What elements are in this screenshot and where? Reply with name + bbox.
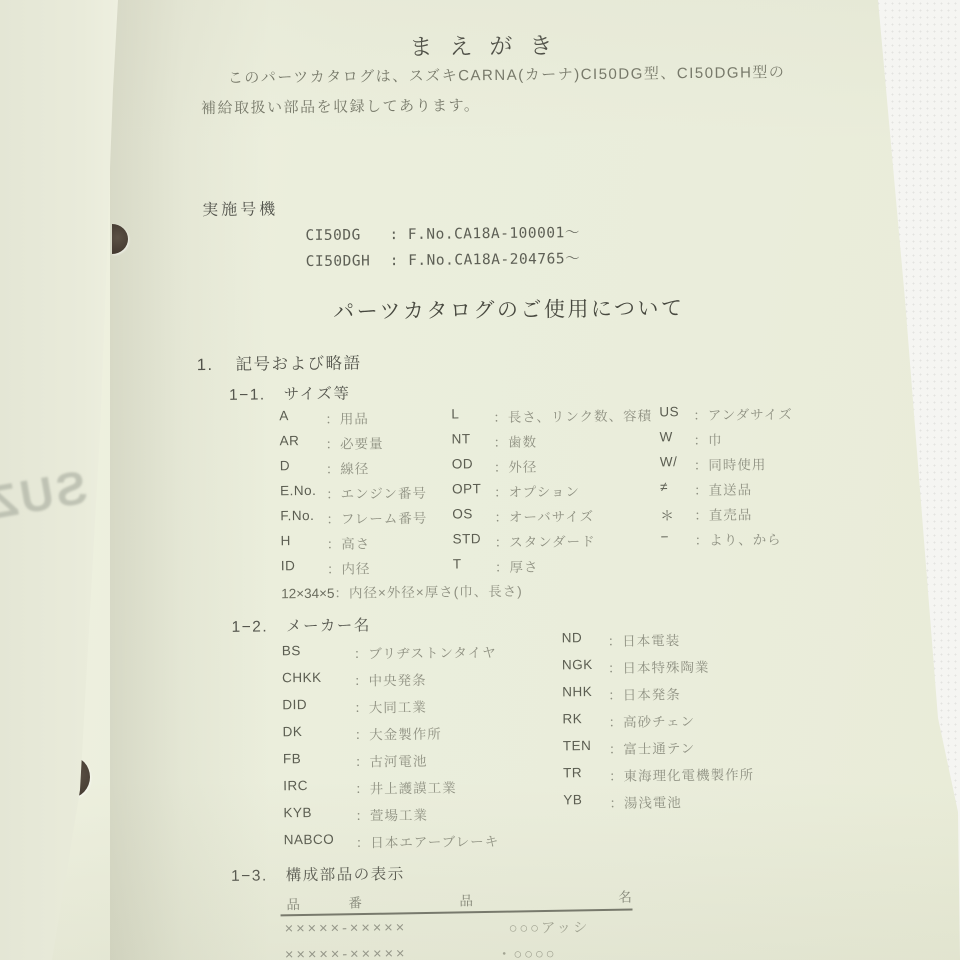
page-content: まえがき このパーツカタログは、スズキCARNA(カーナ)CI50DG型、CI5… <box>0 0 960 960</box>
section-1-label: 1. <box>197 356 214 374</box>
section-1-1-heading: 1−1.サイズ等 <box>229 382 351 405</box>
abbr-def: ：用品 <box>325 407 369 427</box>
abbr-row: ＊：直売品 <box>660 503 794 529</box>
suzuki-ghost-logo: SUZ <box>0 460 91 531</box>
abbr-row: W：巾 <box>659 428 793 454</box>
maker-row: ND：日本電装 <box>562 628 753 657</box>
serial-model: CI50DGH <box>306 253 390 270</box>
abbr-def: ：オプション <box>494 480 580 501</box>
abbr-def: ：長さ、リンク数、容積 <box>493 404 652 426</box>
intro-line-1: このパーツカタログは、スズキCARNA(カーナ)CI50DG型、CI50DGH型… <box>228 61 786 88</box>
maker-name: ：大金製作所 <box>355 723 442 744</box>
maker-name: ：湯浅電池 <box>609 791 682 812</box>
abbr-row: NT：歯数 <box>451 429 652 456</box>
maker-name: ：古河電池 <box>355 750 428 771</box>
part-name-example: ○○○アッシ <box>509 916 590 938</box>
part-name-example: ・○○○○ <box>497 942 557 960</box>
makers-column-2: ND：日本電装 NGK：日本特殊陶業 NHK：日本発条 RK：高砂チェン TEN… <box>562 628 755 819</box>
abbr-term: US <box>659 404 693 419</box>
maker-row: TEN：富士通テン <box>563 736 754 765</box>
part-number-example: ×××××-××××× <box>285 920 408 937</box>
abbr-term: ID <box>281 558 327 573</box>
maker-code: ND <box>562 630 608 645</box>
section-1-title: 記号および略語 <box>235 354 361 373</box>
maker-name: ：高砂チェン <box>608 710 695 731</box>
abbr-row: D：線径 <box>280 457 427 484</box>
section-1-3-heading: 1−3.構成部品の表示 <box>231 862 405 886</box>
section-1-2-heading: 1−2.メーカー名 <box>231 613 371 636</box>
abbr-def: ：線径 <box>326 457 370 477</box>
serial-row: CI50DG: F.No.CA18A-100001〜 <box>305 221 580 245</box>
maker-name: ：富士通テン <box>609 737 696 758</box>
section-1-2-label: 1−2. <box>231 618 268 635</box>
maker-row: DID：大同工業 <box>282 695 498 724</box>
abbr-term: OD <box>452 456 494 471</box>
intro-line-2: 補給取扱い部品を収録してあります。 <box>201 94 481 118</box>
abbr-def: ：同時使用 <box>694 453 767 474</box>
abbr-def: ：巾 <box>693 429 722 449</box>
abbr-def: ：オーバサイズ <box>494 505 594 526</box>
maker-name: ：日本特殊陶業 <box>608 656 710 677</box>
parts-header-no-char: 番 <box>348 891 362 911</box>
maker-name: ：日本エアーブレーキ <box>356 830 500 852</box>
serial-row: CI50DGH: F.No.CA18A-204765〜 <box>306 247 581 271</box>
maker-code: TEN <box>563 738 609 753</box>
parts-header-no-char: 品 <box>286 893 300 913</box>
abbr-row: ≠：直送品 <box>660 478 794 504</box>
maker-row: TR：東海理化電機製作所 <box>563 763 754 792</box>
abbr-row: OPT：オプション <box>452 479 653 506</box>
maker-code: TR <box>563 765 609 780</box>
abbr-def: ：外径 <box>494 456 538 476</box>
abbr-row: E.No.：エンジン番号 <box>280 482 427 509</box>
abbr-term: F.No. <box>280 508 326 523</box>
abbr-term: ＊ <box>660 504 694 524</box>
maker-row: IRC：井上護謨工業 <box>283 776 499 805</box>
abbr-row: −：より、から <box>661 528 795 554</box>
abbr-row: ID：内径 <box>281 557 428 584</box>
maker-code: FB <box>283 751 355 767</box>
abbr-row: T：厚さ <box>453 554 654 581</box>
abbr-term: D <box>280 458 326 473</box>
maker-code: NGK <box>562 657 608 672</box>
section-1-3-label: 1−3. <box>231 867 268 884</box>
size-example-row: 12×34×5：内径×外径×厚さ(巾、長さ) <box>281 580 523 603</box>
abbr-def: ：歯数 <box>493 431 537 451</box>
abbr-row: OS：オーバサイズ <box>452 504 653 531</box>
makers-column-1: BS：ブリヂストンタイヤ CHKK：中央発条 DID：大同工業 DK：大金製作所… <box>282 641 500 859</box>
maker-code: NABCO <box>284 832 356 848</box>
abbr-row: H：高さ <box>281 532 428 559</box>
maker-name: ：井上護謨工業 <box>355 776 457 797</box>
section-1-1-label: 1−1. <box>229 386 266 403</box>
abbr-row: US：アンダサイズ <box>659 403 793 429</box>
abbr-def: ：エンジン番号 <box>326 482 427 503</box>
abbr-term: ≠ <box>660 479 694 494</box>
maker-code: RK <box>562 711 608 726</box>
abbr-term: T <box>453 556 495 571</box>
abbr-term: W <box>659 429 693 444</box>
part-number-example: ×××××-××××× <box>285 946 408 960</box>
abbr-def: ：アンダサイズ <box>693 403 793 424</box>
maker-row: BS：ブリヂストンタイヤ <box>282 641 498 670</box>
abbr-def: ：高さ <box>327 532 371 552</box>
maker-name: ：ブリヂストンタイヤ <box>354 641 497 662</box>
size-example-term: 12×34×5 <box>281 586 334 602</box>
abbr-def: ：厚さ <box>495 556 539 576</box>
abbr-row: AR：必要量 <box>279 432 426 459</box>
abbr-column-3: US：アンダサイズ W：巾 W/：同時使用 ≠：直送品 ＊：直売品 −：より、か… <box>659 403 794 554</box>
abbr-def: ：フレーム番号 <box>326 507 427 528</box>
maker-name: ：中央発条 <box>354 669 427 690</box>
abbr-term: A <box>279 408 325 423</box>
maker-name: ：萱場工業 <box>355 804 428 825</box>
abbr-term: H <box>281 533 327 548</box>
abbr-term: L <box>451 406 493 421</box>
section-1-2-title: メーカー名 <box>286 617 371 635</box>
maker-row: CHKK：中央発条 <box>282 668 498 697</box>
abbr-row: F.No.：フレーム番号 <box>280 507 427 534</box>
maker-code: KYB <box>283 805 355 821</box>
maker-code: DID <box>282 697 354 713</box>
usage-title: パーツカタログのご使用について <box>333 292 685 326</box>
abbr-row: OD：外径 <box>452 454 653 481</box>
abbr-term: OPT <box>452 481 494 496</box>
abbr-term: STD <box>453 531 495 546</box>
abbr-def: ：内径 <box>327 557 371 577</box>
serial-value: : F.No.CA18A-204765〜 <box>390 251 581 269</box>
serial-heading: 実施号機 <box>202 196 278 220</box>
abbr-def: ：スタンダード <box>495 530 596 551</box>
maker-row: DK：大金製作所 <box>283 722 499 751</box>
abbr-row: A：用品 <box>279 407 426 434</box>
maker-name: ：東海理化電機製作所 <box>609 763 754 785</box>
preface-title: まえがき <box>409 27 569 62</box>
maker-code: BS <box>282 643 354 659</box>
maker-code: YB <box>563 792 609 807</box>
maker-row: NHK：日本発条 <box>562 682 753 711</box>
abbr-row: W/：同時使用 <box>660 453 794 479</box>
maker-name: ：日本発条 <box>608 683 681 704</box>
size-example-def: ：内径×外径×厚さ(巾、長さ) <box>334 584 522 601</box>
maker-row: KYB：萱場工業 <box>283 803 499 832</box>
catalog-page: まえがき このパーツカタログは、スズキCARNA(カーナ)CI50DG型、CI5… <box>0 0 960 960</box>
section-1-heading: 1.記号および略語 <box>197 349 362 375</box>
serial-model: CI50DG <box>305 227 389 244</box>
section-1-1-title: サイズ等 <box>284 386 351 404</box>
maker-code: IRC <box>283 778 355 794</box>
abbr-term: E.No. <box>280 483 326 498</box>
abbr-term: − <box>661 529 695 544</box>
maker-row: YB：湯浅電池 <box>563 790 754 819</box>
maker-row: FB：古河電池 <box>283 749 499 778</box>
abbr-term: NT <box>451 431 493 446</box>
abbr-def: ：必要量 <box>325 432 383 453</box>
maker-name: ：日本電装 <box>608 629 681 650</box>
abbr-def: ：直売品 <box>694 503 752 524</box>
abbr-row: STD：スタンダード <box>453 529 654 556</box>
abbr-def: ：より、から <box>695 528 782 549</box>
maker-code: NHK <box>562 684 608 699</box>
maker-name: ：大同工業 <box>354 696 427 717</box>
abbr-term: OS <box>452 506 494 521</box>
abbr-def: ：直送品 <box>694 478 752 499</box>
maker-row: RK：高砂チェン <box>562 709 753 738</box>
maker-row: NABCO：日本エアーブレーキ <box>284 830 500 859</box>
abbr-column-1: A：用品 AR：必要量 D：線径 E.No.：エンジン番号 F.No.：フレーム… <box>279 407 428 584</box>
parts-header-name-char: 名 <box>618 886 632 906</box>
abbr-term: W/ <box>660 454 694 469</box>
parts-header-name-char: 品 <box>459 889 473 909</box>
serial-value: : F.No.CA18A-100001〜 <box>389 225 580 243</box>
maker-code: DK <box>283 724 355 740</box>
section-1-3-title: 構成部品の表示 <box>286 866 405 884</box>
maker-code: CHKK <box>282 670 354 686</box>
abbr-term: AR <box>279 433 325 448</box>
abbr-column-2: L：長さ、リンク数、容積 NT：歯数 OD：外径 OPT：オプション OS：オー… <box>451 404 654 581</box>
maker-row: NGK：日本特殊陶業 <box>562 655 753 684</box>
abbr-row: L：長さ、リンク数、容積 <box>451 404 652 431</box>
